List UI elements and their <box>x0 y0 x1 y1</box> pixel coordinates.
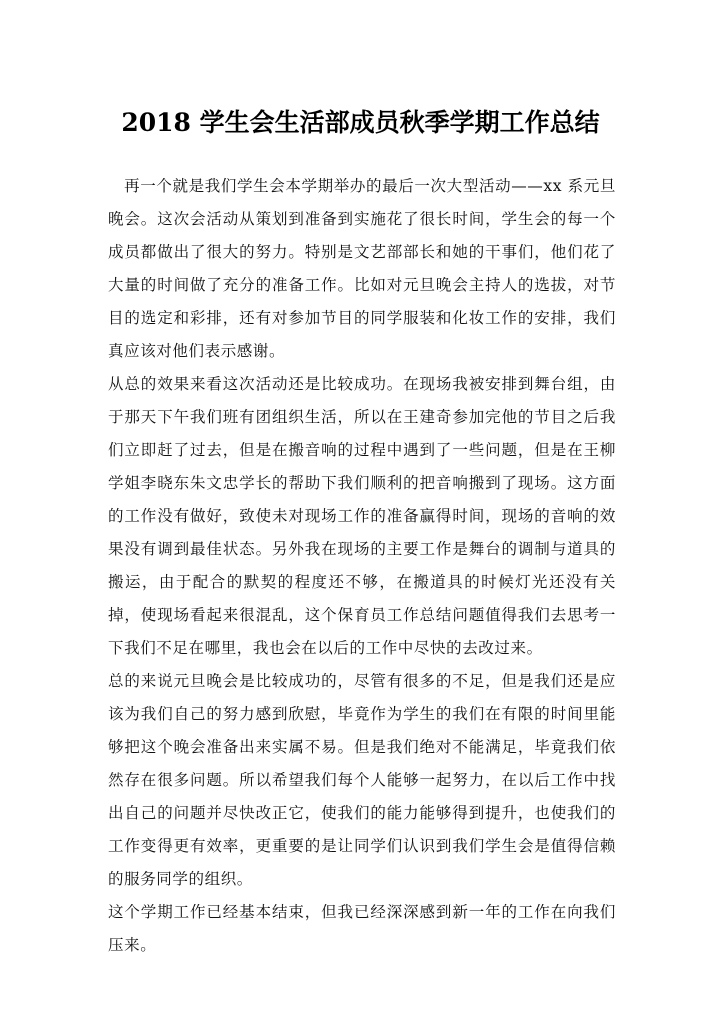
paragraph-3: 总的来说元旦晚会是比较成功的，尽管有很多的不足，但是我们还是应该为我们自己的努力… <box>108 665 616 896</box>
paragraph-1: 再一个就是我们学生会本学期举办的最后一次大型活动——xx 系元旦晚会。这次会活动… <box>108 170 616 368</box>
document-title: 2018 学生会生活部成员秋季学期工作总结 <box>0 103 721 143</box>
paragraph-4: 这个学期工作已经基本结束，但我已经深深感到新一年的工作在向我们压来。 <box>108 896 616 962</box>
paragraph-2: 从总的效果来看这次活动还是比较成功。在现场我被安排到舞台组，由于那天下午我们班有… <box>108 368 616 665</box>
document-body: 再一个就是我们学生会本学期举办的最后一次大型活动——xx 系元旦晚会。这次会活动… <box>108 170 616 962</box>
document-page: 2018 学生会生活部成员秋季学期工作总结 再一个就是我们学生会本学期举办的最后… <box>0 0 721 1020</box>
